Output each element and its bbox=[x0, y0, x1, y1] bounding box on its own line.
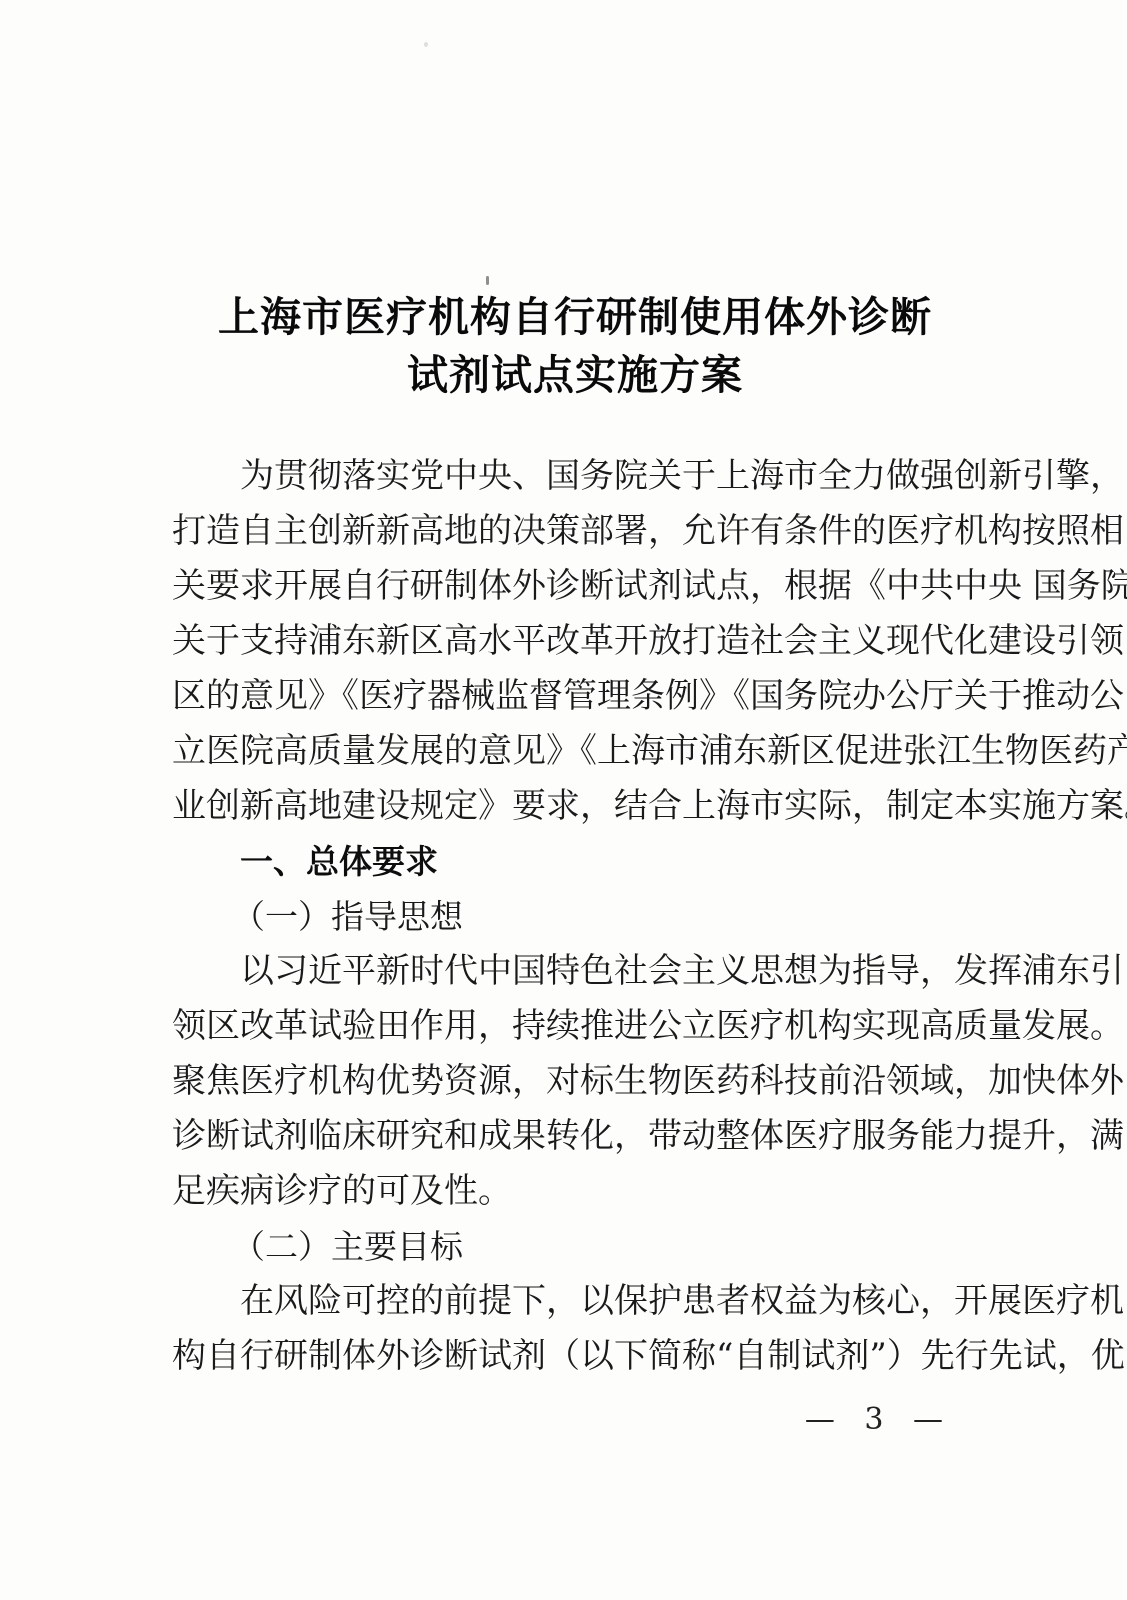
document-body: 为贯彻落实党中央、国务院关于上海市全力做强创新引擎，打造自主创新新高地的决策部署… bbox=[172, 449, 978, 1384]
text-line: 立医院高质量发展的意见》《上海市浦东新区促进张江生物医药产 bbox=[172, 724, 978, 779]
text-line: 关要求开展自行研制体外诊断试剂试点，根据《中共中央 国务院 bbox=[172, 559, 978, 614]
document-content: 上海市医疗机构自行研制使用体外诊断 试剂试点实施方案 为贯彻落实党中央、国务院关… bbox=[172, 288, 978, 1384]
text-line: 在风险可控的前提下，以保护患者权益为核心，开展医疗机 bbox=[172, 1274, 978, 1329]
scan-artifact bbox=[486, 276, 489, 285]
scan-speck bbox=[424, 42, 428, 47]
text-line: 关于支持浦东新区高水平改革开放打造社会主义现代化建设引领 bbox=[172, 614, 978, 669]
text-line: 足疾病诊疗的可及性。 bbox=[172, 1164, 978, 1219]
document-title-line-2: 试剂试点实施方案 bbox=[172, 346, 978, 404]
text-line: 诊断试剂临床研究和成果转化，带动整体医疗服务能力提升，满 bbox=[172, 1109, 978, 1164]
text-line: 构自行研制体外诊断试剂（以下简称“自制试剂”）先行先试，优 bbox=[172, 1329, 978, 1384]
text-line: 聚焦医疗机构优势资源，对标生物医药科技前沿领域，加快体外 bbox=[172, 1054, 978, 1109]
text-line: 为贯彻落实党中央、国务院关于上海市全力做强创新引擎， bbox=[172, 449, 978, 504]
subsection-heading: （一）指导思想 bbox=[172, 889, 978, 944]
section-heading: 一、总体要求 bbox=[172, 834, 978, 889]
text-line: 打造自主创新新高地的决策部署，允许有条件的医疗机构按照相 bbox=[172, 504, 978, 559]
document-title: 上海市医疗机构自行研制使用体外诊断 试剂试点实施方案 bbox=[172, 288, 978, 404]
page-number: — 3 — bbox=[805, 1402, 953, 1437]
subsection-heading: （二）主要目标 bbox=[172, 1219, 978, 1274]
text-line: 以习近平新时代中国特色社会主义思想为指导，发挥浦东引 bbox=[172, 944, 978, 999]
text-line: 业创新高地建设规定》要求，结合上海市实际，制定本实施方案。 bbox=[172, 779, 978, 834]
text-line: 区的意见》《医疗器械监督管理条例》《国务院办公厅关于推动公 bbox=[172, 669, 978, 724]
text-line: 领区改革试验田作用，持续推进公立医疗机构实现高质量发展。 bbox=[172, 999, 978, 1054]
document-page: 上海市医疗机构自行研制使用体外诊断 试剂试点实施方案 为贯彻落实党中央、国务院关… bbox=[0, 0, 1127, 1600]
document-title-line-1: 上海市医疗机构自行研制使用体外诊断 bbox=[172, 288, 978, 346]
